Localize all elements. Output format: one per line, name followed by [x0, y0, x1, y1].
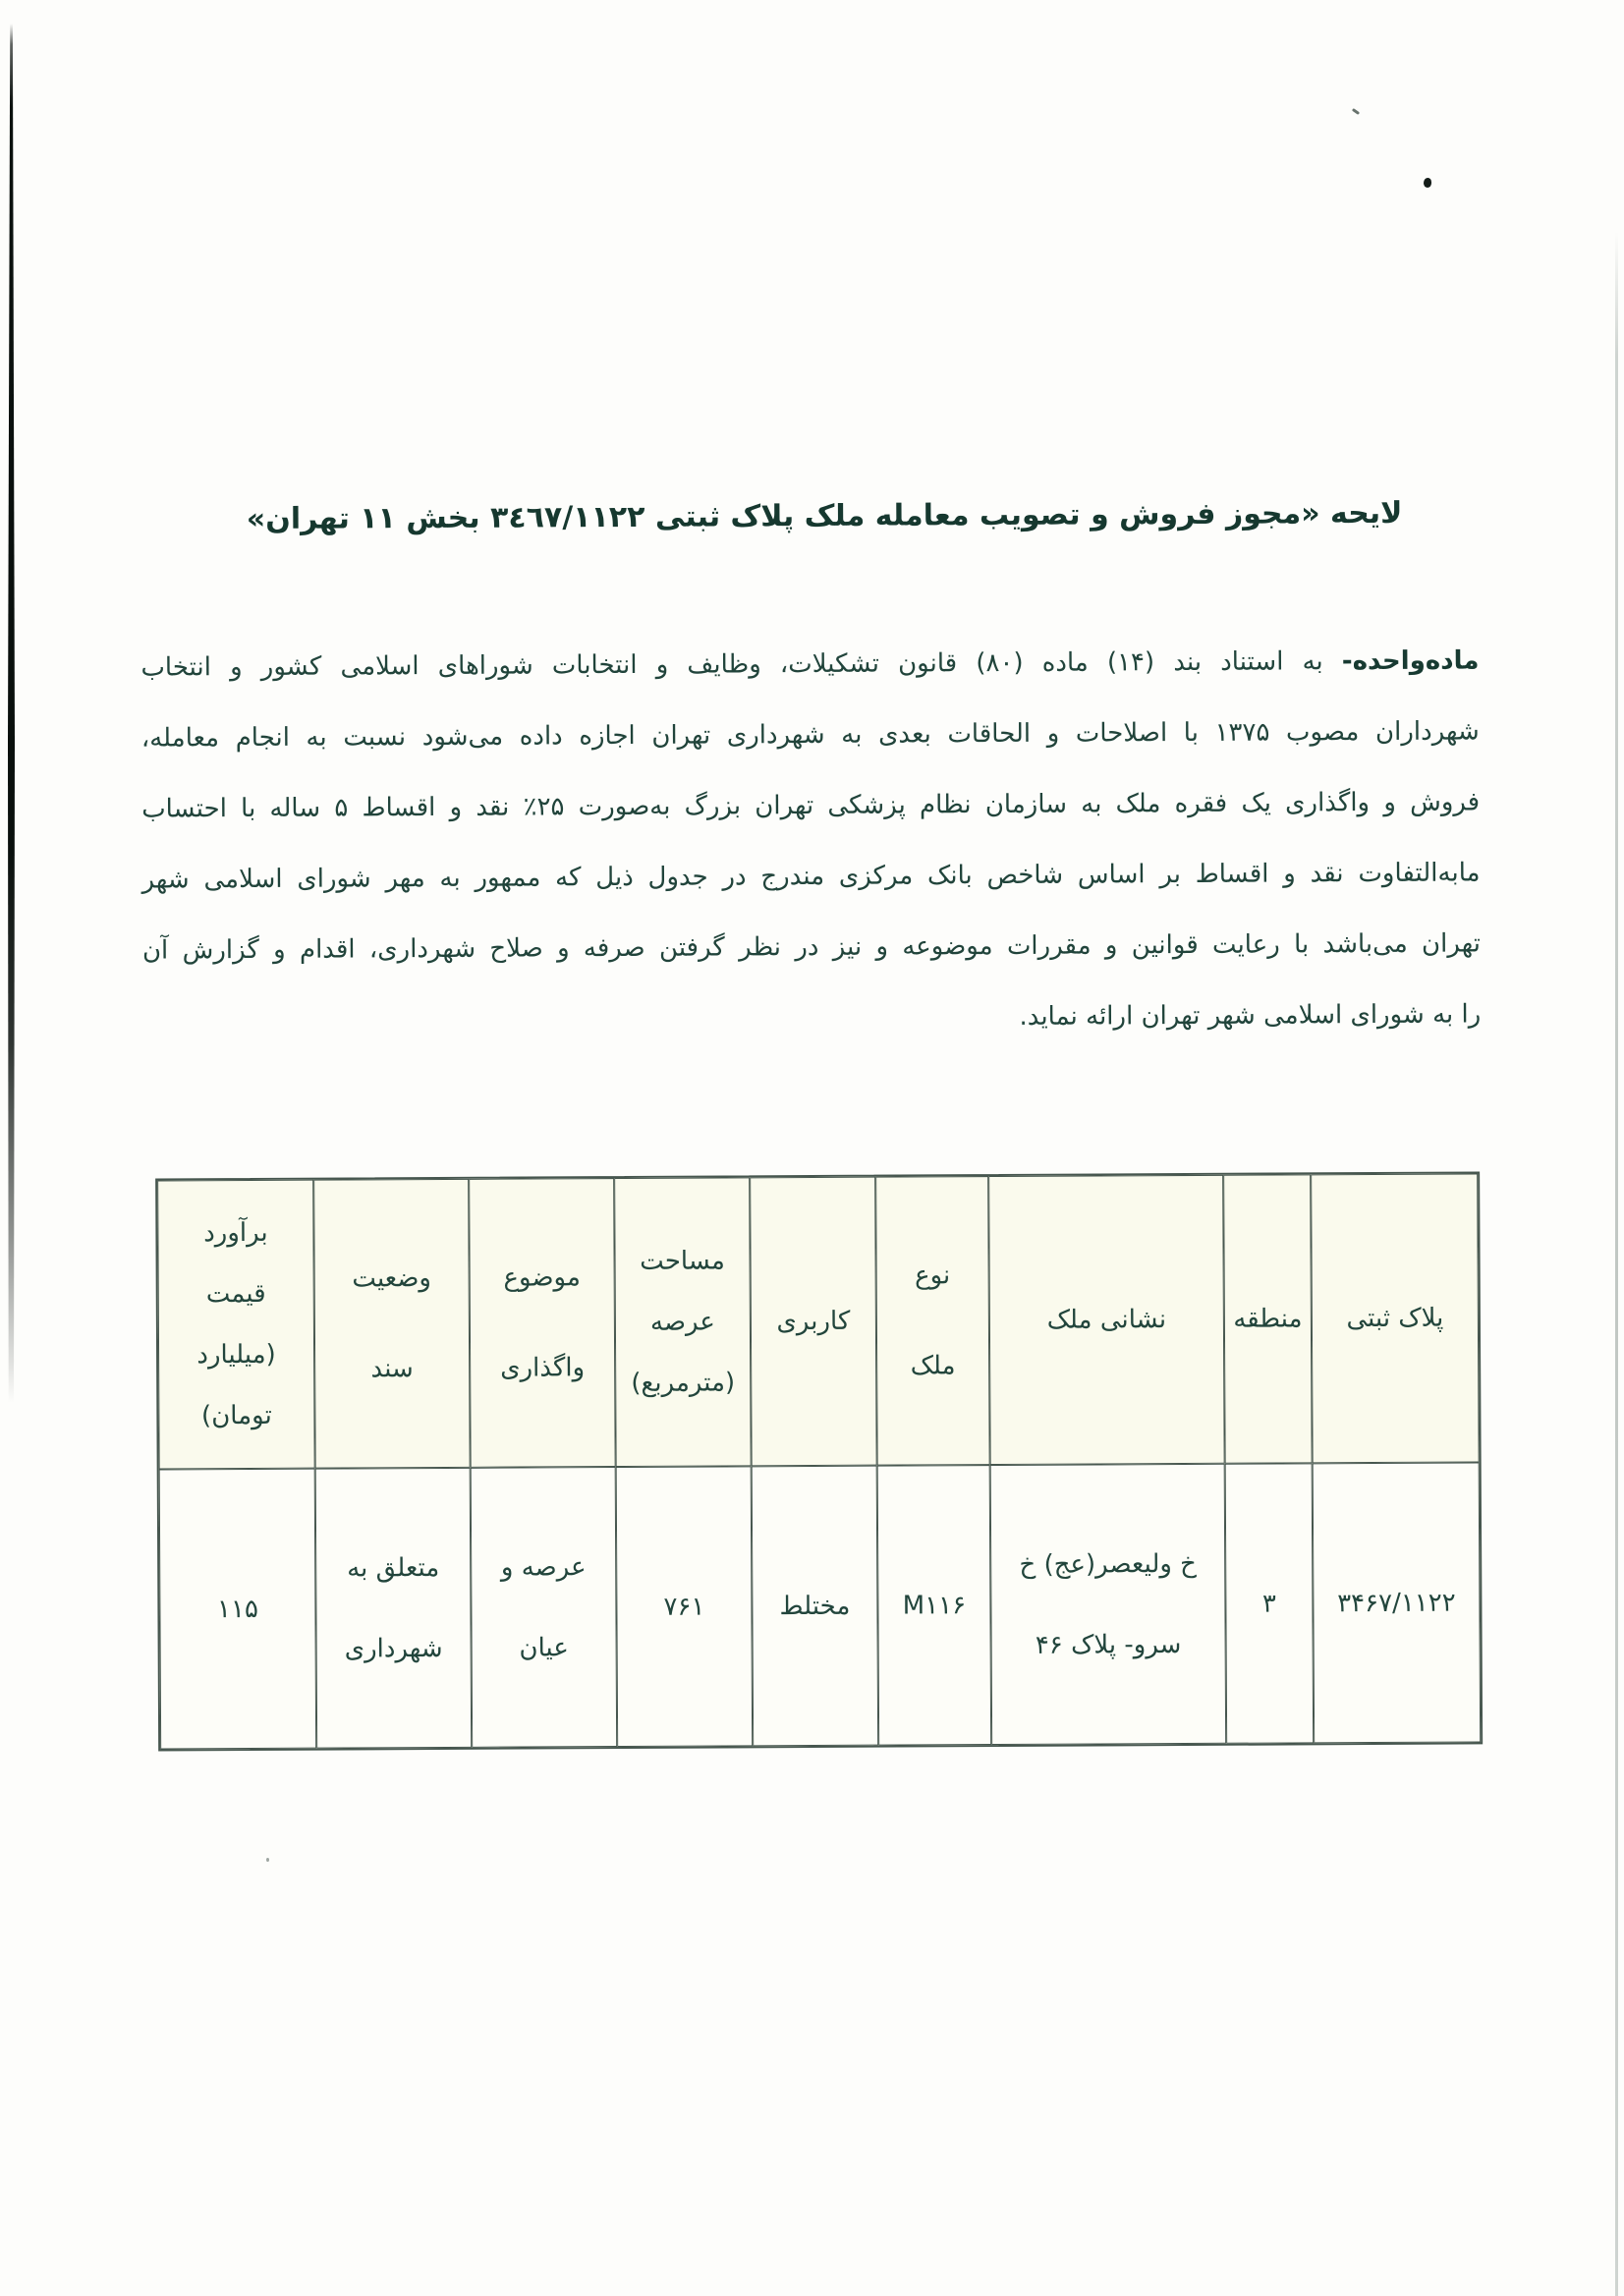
paragraph-line: فروش و واگذاری یک فقره ملک به سازمان نظا…: [141, 766, 1480, 844]
paragraph-line: ماده‌واحده- به استناد بند (۱۴) ماده (۸۰)…: [140, 625, 1479, 702]
value-cell-land-area: ۷۶۱: [616, 1466, 753, 1747]
value-cell-land-use: مختلط: [752, 1466, 878, 1747]
header-cell-district: منطقه: [1223, 1174, 1313, 1463]
paragraph-lead: ماده‌واحده-: [1342, 645, 1480, 676]
paragraph-line-text: به استناد بند (۱۴) ماده (۸۰) قانون تشکیل…: [140, 646, 1342, 682]
property-table: پلاک ثبتی منطقه نشانی ملک نوع ملک کاربری…: [155, 1171, 1483, 1751]
paragraph-line: مابه‌التفاوت نقد و اقساط بر اساس شاخص با…: [141, 837, 1480, 915]
value-cell-property-type: M۱۱۶: [877, 1465, 991, 1746]
header-cell-address: نشانی ملک: [988, 1175, 1225, 1465]
header-cell-land-use: کاربری: [750, 1177, 877, 1467]
paragraph-line: تهران می‌باشد با رعایت قوانین و مقررات م…: [142, 908, 1481, 985]
header-cell-price-estimate: برآورد قیمت (میلیارد تومان): [157, 1180, 315, 1470]
value-cell-district: ۳: [1225, 1463, 1314, 1743]
header-cell-transfer-subject: موضوع واگذاری: [469, 1178, 616, 1468]
value-cell-address: خ ولیعصر(عج) خ سرو- پلاک ۴۶: [990, 1464, 1226, 1745]
header-cell-land-area: مساحت عرصه (مترمربع): [614, 1177, 752, 1467]
value-cell-transfer-subject: عرصه و عیان: [471, 1467, 617, 1748]
value-cell-registered-plate: ۳۴۶۷/۱۱۲۲: [1313, 1462, 1481, 1743]
header-cell-deed-status: وضعیت سند: [313, 1179, 471, 1469]
document-content: لایحه «مجوز فروش و تصویب معامله ملک پلاک…: [0, 0, 1624, 2296]
value-cell-deed-status: متعلق به شهرداری: [315, 1468, 472, 1749]
scanned-document-page: لایحه «مجوز فروش و تصویب معامله ملک پلاک…: [0, 0, 1624, 2296]
paragraph-line: را به شورای اسلامی شهر تهران ارائه نماید…: [142, 979, 1481, 1056]
paragraph: ماده‌واحده- به استناد بند (۱۴) ماده (۸۰)…: [140, 625, 1481, 1056]
paragraph-line: شهرداران مصوب ۱۳۷۵ با اصلاحات و الحاقات …: [141, 696, 1480, 773]
document-title: لایحه «مجوز فروش و تصویب معامله ملک پلاک…: [27, 487, 1621, 546]
value-cell-price-estimate: ۱۱۵: [159, 1469, 316, 1750]
header-cell-registered-plate: پلاک ثبتی: [1311, 1173, 1480, 1463]
header-cell-property-type: نوع ملک: [875, 1176, 990, 1466]
